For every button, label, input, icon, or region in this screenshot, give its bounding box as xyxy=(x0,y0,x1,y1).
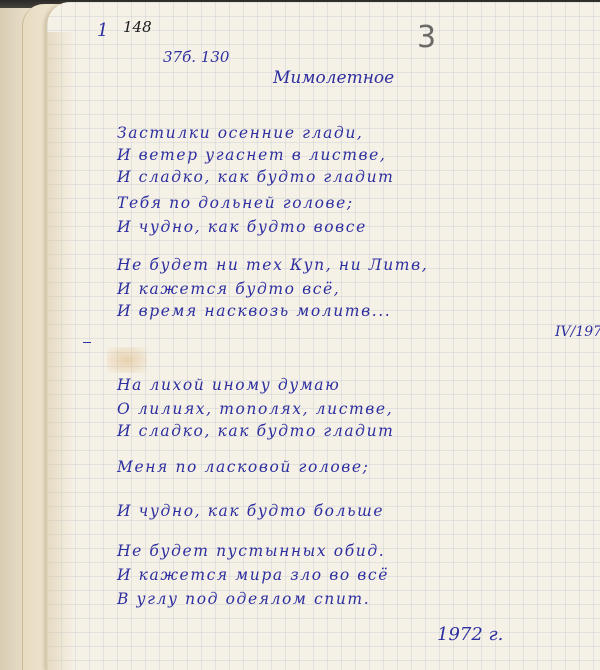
poem-line: И чудно, как будто больше xyxy=(117,502,384,520)
poem-line: Не будет пустынных обид. xyxy=(117,542,385,560)
poem-line: Застилки осенние глади, xyxy=(117,124,363,142)
stanza-2-date: 1972 г. xyxy=(437,624,503,645)
notebook-page: 1 148 3 37б. 130 Мимолетное Застилки осе… xyxy=(46,2,600,670)
poem-line: В углу под одеялом спит. xyxy=(117,590,370,608)
poem-line: И кажется мира зло во всё xyxy=(117,566,389,584)
poem-title: Мимолетное xyxy=(273,68,394,88)
poem-line: Тебя по дольней голове; xyxy=(117,194,354,212)
page-number: 3 xyxy=(417,20,436,55)
margin-mark: 1 xyxy=(97,20,108,41)
poem-line: Меня по ласковой голове; xyxy=(117,458,370,476)
poem-line: И сладко, как будто гладит xyxy=(117,422,394,440)
paper-stain xyxy=(107,347,147,373)
reference-code: 37б. 130 xyxy=(163,48,229,66)
folio-number: 148 xyxy=(123,18,152,36)
poem-line: О лилиях, тополях, листве, xyxy=(117,400,393,418)
poem-line: И ветер угаснет в листве, xyxy=(117,146,386,164)
margin-dash xyxy=(83,342,91,343)
poem-line: И сладко, как будто гладит xyxy=(117,168,394,186)
stanza-1-date: IV/1972 г. xyxy=(555,324,600,340)
poem-line: И чудно, как будто вовсе xyxy=(117,218,367,236)
page-curl-shadow xyxy=(47,32,75,670)
poem-line: И кажется будто всё, xyxy=(117,280,340,298)
poem-line: Не будет ни тех Куп, ни Литв, xyxy=(117,256,428,274)
poem-line: И время насквозь молитв... xyxy=(117,302,391,320)
poem-line: На лихой иному думаю xyxy=(117,376,340,394)
